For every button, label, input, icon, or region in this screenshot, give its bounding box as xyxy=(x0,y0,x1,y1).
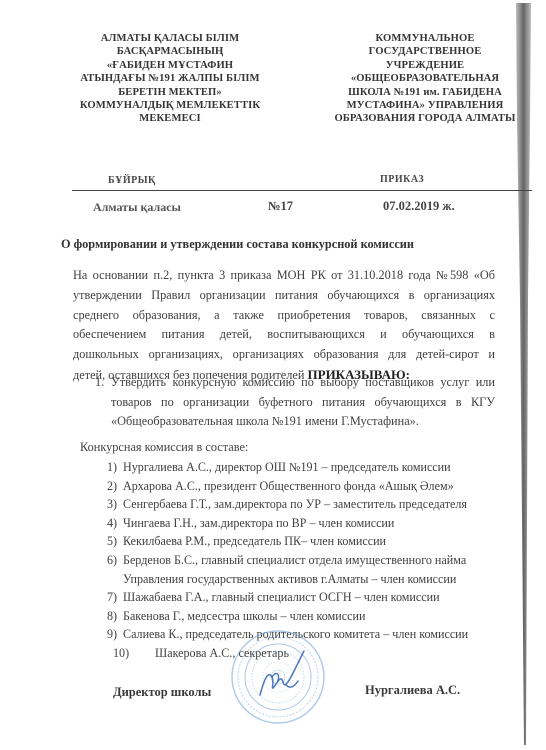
item-line: товаров по организации буфетного питания… xyxy=(111,393,495,413)
member-text: Сенгербаева Г.Т., зам.директора по УР – … xyxy=(123,495,467,514)
member-item-continuation: Управления государственных активов г.Алм… xyxy=(107,570,527,589)
member-item: 8)Бакенова Г., медсестра школы – член ко… xyxy=(107,607,527,626)
header-line: БЕРЕТІН МЕКТЕП» xyxy=(70,86,270,99)
member-number: 10) xyxy=(113,644,129,663)
signature-role: Директор школы xyxy=(113,685,211,700)
preamble-line: среднего образования, а также приобретен… xyxy=(73,306,495,326)
member-number: 3) xyxy=(107,495,117,514)
header-kazakh: АЛМАТЫ ҚАЛАСЫ БІЛІМ БАСҚАРМАСЫНЫҢ «ҒАБИД… xyxy=(70,32,270,126)
order-date: 07.02.2019 ж. xyxy=(383,199,455,214)
preamble-line: дошкольных организациях, организациях об… xyxy=(73,345,495,365)
composition-label: Конкурсная комиссия в составе: xyxy=(80,440,248,455)
member-item: 6)Берденов Б.С., главный специалист отде… xyxy=(107,551,527,570)
order-label-kazakh: БҰЙРЫҚ xyxy=(108,175,156,186)
member-number: 6) xyxy=(107,551,117,570)
member-text: Шажабаева Г.А., главный специалист ОСГН … xyxy=(123,588,440,607)
member-item: 2)Архарова А.С., президент Общественного… xyxy=(107,477,527,496)
preamble-line: На основании п.2, пункта 3 приказа МОН Р… xyxy=(73,266,495,286)
header-line: КОММУНАЛДЫҚ МЕМЛЕКЕТТІК xyxy=(70,99,270,112)
header-line: ОБРАЗОВАНИЯ ГОРОДА АЛМАТЫ xyxy=(325,112,525,125)
member-number: 9) xyxy=(107,625,117,644)
header-line: АТЫНДАҒЫ №191 ЖАЛПЫ БІЛІМ xyxy=(70,72,270,85)
member-number: 1) xyxy=(107,458,117,477)
member-item: 5)Кекилбаева Р.М., председатель ПК– член… xyxy=(107,532,527,551)
member-text: Салиева К., председатель родительского к… xyxy=(123,625,468,644)
member-text: Архарова А.С., президент Общественного ф… xyxy=(123,477,454,496)
member-text: Кекилбаева Р.М., председатель ПК– член к… xyxy=(123,532,386,551)
order-label-russian: ПРИКАЗ xyxy=(380,174,424,185)
item-line: Утвердить конкурсную комиссию по выбору … xyxy=(111,373,495,393)
preamble-line: утверждении Правил организации питания о… xyxy=(73,286,495,306)
item-number: 1. xyxy=(95,373,104,393)
member-item: 1)Нургалиева А.С., директор ОШ №191 – пр… xyxy=(107,458,527,477)
header-line: ШКОЛА №191 им. ГАБИДЕНА xyxy=(325,86,525,99)
member-text: Бакенова Г., медсестра школы – член коми… xyxy=(123,607,365,626)
preamble: На основании п.2, пункта 3 приказа МОН Р… xyxy=(73,266,495,385)
member-text: Чингаева Г.Н., зам.директора по ВР – чле… xyxy=(123,514,394,533)
header-line: МЕКЕМЕСІ xyxy=(70,112,270,125)
header-line: «ОБЩЕОБРАЗОВАТЕЛЬНАЯ xyxy=(325,72,525,85)
header-line: БАСҚАРМАСЫНЫҢ xyxy=(70,45,270,58)
document-title: О формировании и утверждении состава кон… xyxy=(61,237,414,252)
member-text: Управления государственных активов г.Алм… xyxy=(123,570,456,589)
member-item: 3)Сенгербаева Г.Т., зам.директора по УР … xyxy=(107,495,527,514)
city: Алматы қаласы xyxy=(93,200,181,215)
member-number: 7) xyxy=(107,588,117,607)
signature-name: Нургалиева А.С. xyxy=(365,683,460,698)
member-item: 7)Шажабаева Г.А., главный специалист ОСГ… xyxy=(107,588,527,607)
header-russian: КОММУНАЛЬНОЕ ГОСУДАРСТВЕННОЕ УЧРЕЖДЕНИЕ … xyxy=(325,32,525,126)
header-line: КОММУНАЛЬНОЕ xyxy=(325,32,525,45)
member-text: Берденов Б.С., главный специалист отдела… xyxy=(123,551,466,570)
item-line: «Общеобразовательная школа №191 имени Г.… xyxy=(111,412,495,432)
member-text: Нургалиева А.С., директор ОШ №191 – пред… xyxy=(123,458,451,477)
preamble-line: обеспечением питания детей, воспитывающи… xyxy=(73,325,495,345)
member-number: 8) xyxy=(107,607,117,626)
commission-members: 1)Нургалиева А.С., директор ОШ №191 – пр… xyxy=(107,458,527,663)
header-line: ГОСУДАРСТВЕННОЕ xyxy=(325,45,525,58)
header-divider xyxy=(72,190,532,191)
header-line: УЧРЕЖДЕНИЕ xyxy=(325,59,525,72)
header-line: «ҒАБИДЕН МҰСТАФИН xyxy=(70,59,270,72)
member-number: 5) xyxy=(107,532,117,551)
member-number: 2) xyxy=(107,477,117,496)
member-text: Шакерова А.С., секретарь xyxy=(155,644,289,663)
document-page: АЛМАТЫ ҚАЛАСЫ БІЛІМ БАСҚАРМАСЫНЫҢ «ҒАБИД… xyxy=(0,0,546,750)
member-number: 4) xyxy=(107,514,117,533)
order-number: №17 xyxy=(268,199,293,214)
member-item: 4)Чингаева Г.Н., зам.директора по ВР – ч… xyxy=(107,514,527,533)
header-line: АЛМАТЫ ҚАЛАСЫ БІЛІМ xyxy=(70,32,270,45)
header-line: МУСТАФИНА» УПРАВЛЕНИЯ xyxy=(325,99,525,112)
member-item: 10)Шакерова А.С., секретарь xyxy=(107,644,527,663)
member-item: 9)Салиева К., председатель родительского… xyxy=(107,625,527,644)
